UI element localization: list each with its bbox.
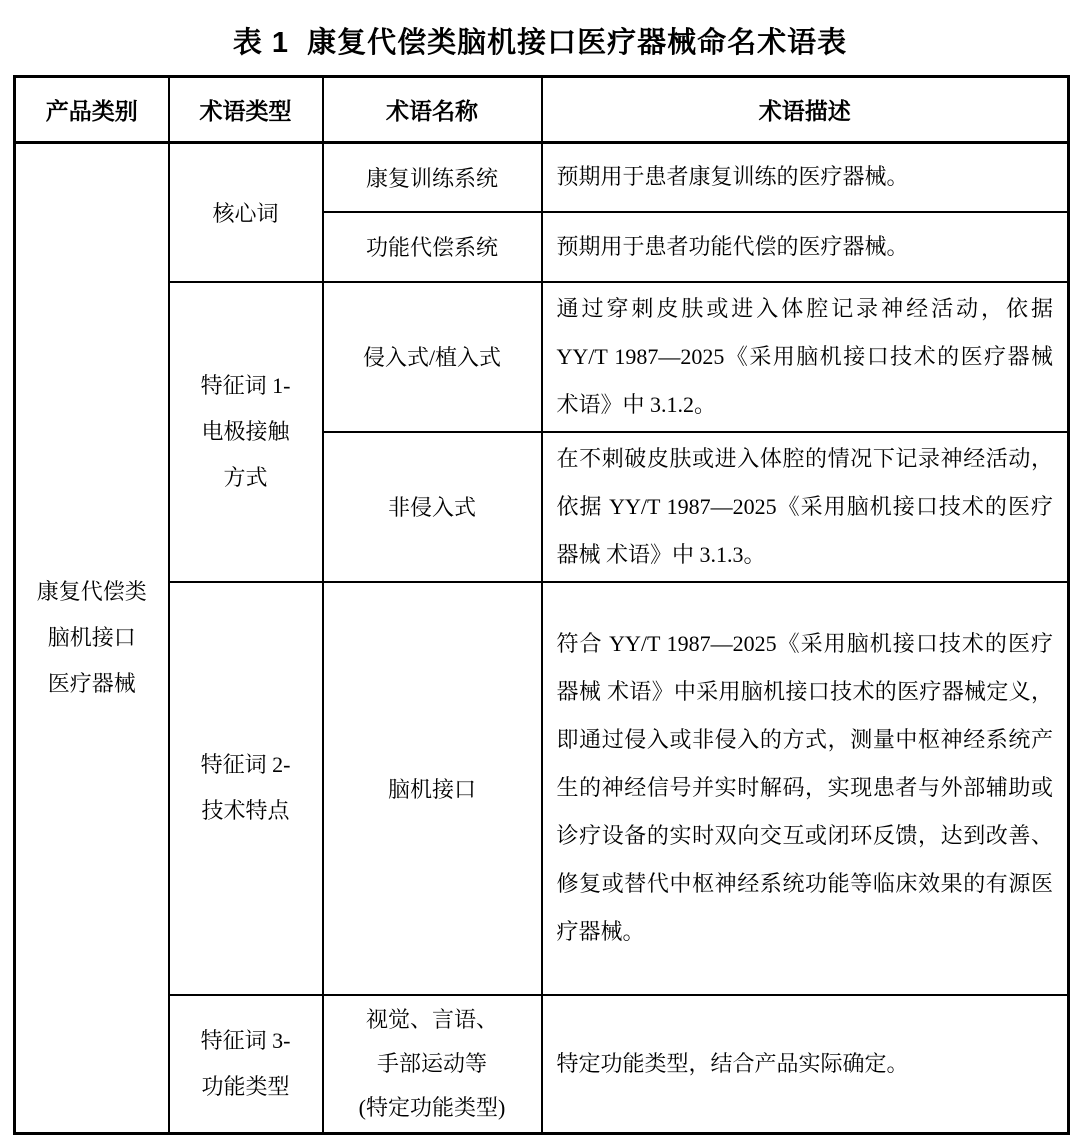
cell-term-name: 功能代偿系统 [323,212,542,282]
cell-term-description: 符合 YY/T 1987—2025《采用脑机接口技术的医疗器械 术语》中采用脑机… [542,582,1069,995]
cell-term-description: 特定功能类型，结合产品实际确定。 [542,995,1069,1134]
cell-term-name: 视觉、言语、 手部运动等 (特定功能类型) [323,995,542,1134]
cell-term-name: 康复训练系统 [323,143,542,212]
table-row: 特征词 1- 电极接触 方式 侵入式/植入式 通过穿刺皮肤或进入体腔记录神经活动… [15,282,1069,432]
table-row: 特征词 3- 功能类型 视觉、言语、 手部运动等 (特定功能类型) 特定功能类型… [15,995,1069,1134]
cell-term-type-feature2: 特征词 2- 技术特点 [169,582,323,995]
table-title: 表 1 康复代偿类脑机接口医疗器械命名术语表 [0,0,1080,75]
cell-term-name: 非侵入式 [323,432,542,582]
cell-term-description: 通过穿刺皮肤或进入体腔记录神经活动，依据 YY/T 1987—2025《采用脑机… [542,282,1069,432]
cell-term-name: 侵入式/植入式 [323,282,542,432]
cell-product-category: 康复代偿类 脑机接口 医疗器械 [15,143,169,1134]
document-page: 表 1 康复代偿类脑机接口医疗器械命名术语表 产品类别 术语类型 术语名称 术语… [0,0,1080,1137]
terminology-table: 产品类别 术语类型 术语名称 术语描述 康复代偿类 脑机接口 医疗器械 核心词 … [13,75,1070,1135]
cell-term-type-feature3: 特征词 3- 功能类型 [169,995,323,1134]
col-header-term-description: 术语描述 [542,77,1069,143]
col-header-product-category: 产品类别 [15,77,169,143]
cell-term-name: 脑机接口 [323,582,542,995]
table-row: 康复代偿类 脑机接口 医疗器械 核心词 康复训练系统 预期用于患者康复训练的医疗… [15,143,1069,212]
cell-term-type-core: 核心词 [169,143,323,282]
cell-term-description: 预期用于患者功能代偿的医疗器械。 [542,212,1069,282]
col-header-term-name: 术语名称 [323,77,542,143]
header-row: 产品类别 术语类型 术语名称 术语描述 [15,77,1069,143]
cell-term-type-feature1: 特征词 1- 电极接触 方式 [169,282,323,582]
cell-term-description: 预期用于患者康复训练的医疗器械。 [542,143,1069,212]
table-row: 特征词 2- 技术特点 脑机接口 符合 YY/T 1987—2025《采用脑机接… [15,582,1069,995]
col-header-term-type: 术语类型 [169,77,323,143]
cell-term-description: 在不刺破皮肤或进入体腔的情况下记录神经活动，依据 YY/T 1987—2025《… [542,432,1069,582]
